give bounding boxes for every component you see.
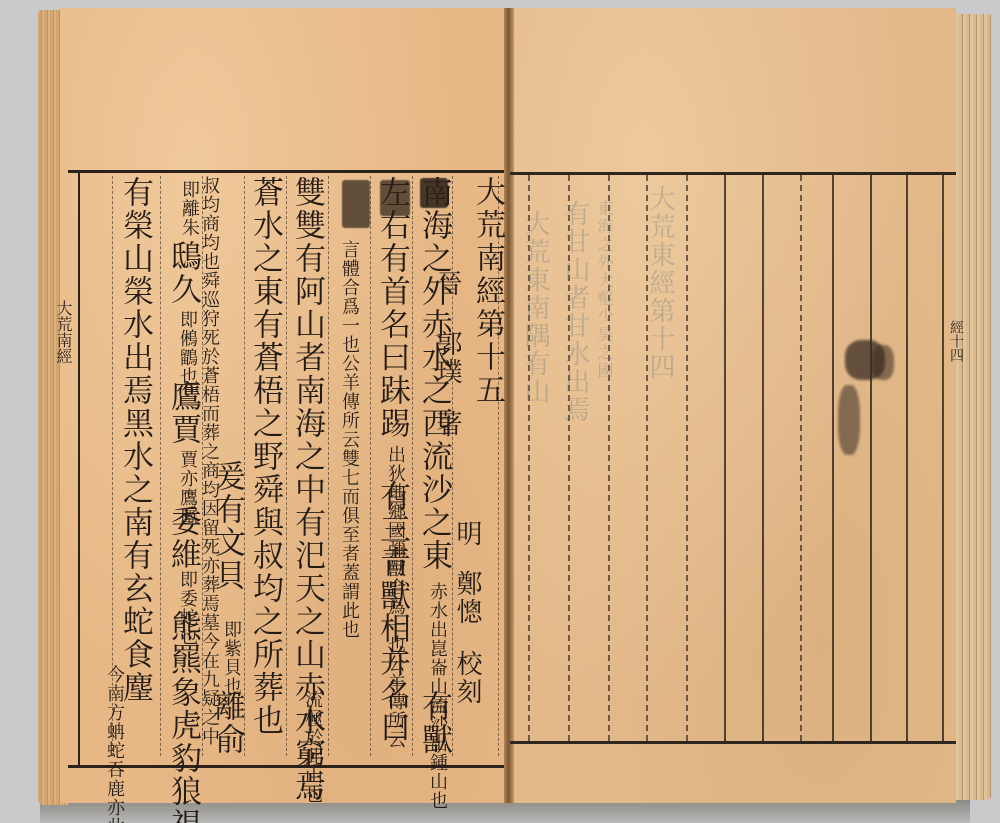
note-column-7a: 即紫貝也 [222,620,241,696]
ruling-line [870,175,872,741]
right-edge-label: 經十四 [946,320,966,362]
text-column-5: 蒼水之東有蒼梧之野舜與叔均之所葬也 [248,176,282,737]
ruling-line [942,175,944,741]
show-through-text: 大荒東南隅有山 [520,210,550,406]
note-column-8b: 即鵂鶹也 [178,310,197,386]
column-divider [160,176,161,756]
text-column-9: 有榮山榮水出焉黑水之南有玄蛇食麈 [118,176,152,704]
ink-smudge [872,345,894,380]
chapter-title: 大荒南經第十五 [470,176,504,407]
ruling-line [686,175,688,741]
column-divider [412,176,413,756]
block-edge-label: 大荒南經 [52,300,75,364]
column-divider [328,176,329,756]
text-column-1: 南海之外赤水之西流沙之東 [417,176,451,572]
editor-dynasty: 明 [450,520,484,548]
show-through-text: 有甘山者甘水出焉 [560,200,590,424]
text-column-8b: 鷹賈 [166,380,200,446]
show-through-title: 大荒東經第十四 [645,185,675,381]
note-column-4: 流極於此山也 [303,690,322,760]
ink-blot [342,180,370,228]
text-column-8a: 鴟久 [166,240,200,306]
ruling-line [724,175,726,741]
editor-role: 校刻 [450,650,484,706]
ink-blot [380,180,410,216]
text-column-7b: 離俞 [210,690,244,756]
text-column-7a: 爰有文貝 [210,460,244,620]
note-column-8a: 即離朱 [180,180,199,237]
column-divider [370,176,371,756]
column-divider [286,176,287,756]
text-column-8d: 熊羆象虎豹狼視肉 [166,610,200,760]
note-column-9: 今南方蚺蛇吞鹿亦此類 [105,665,124,755]
ruling-line [906,175,908,741]
ruling-line [800,175,802,741]
note-column-3: 言體合爲一也公羊傳所云雙七而俱至者蓋謂此也 [340,240,359,570]
ruling-line [762,175,764,741]
ink-blot [420,178,448,208]
text-column-2b: 有三青獸相并名曰 [375,480,409,744]
show-through-text: 東海之外大壑少昊之國 [595,200,613,380]
ruling-line [832,175,834,741]
text-column-8c: 委維 [166,505,200,571]
ink-smudge [838,385,860,455]
editor-name: 鄭憁 [450,570,484,626]
text-column-1b: 有獸 [417,690,451,756]
